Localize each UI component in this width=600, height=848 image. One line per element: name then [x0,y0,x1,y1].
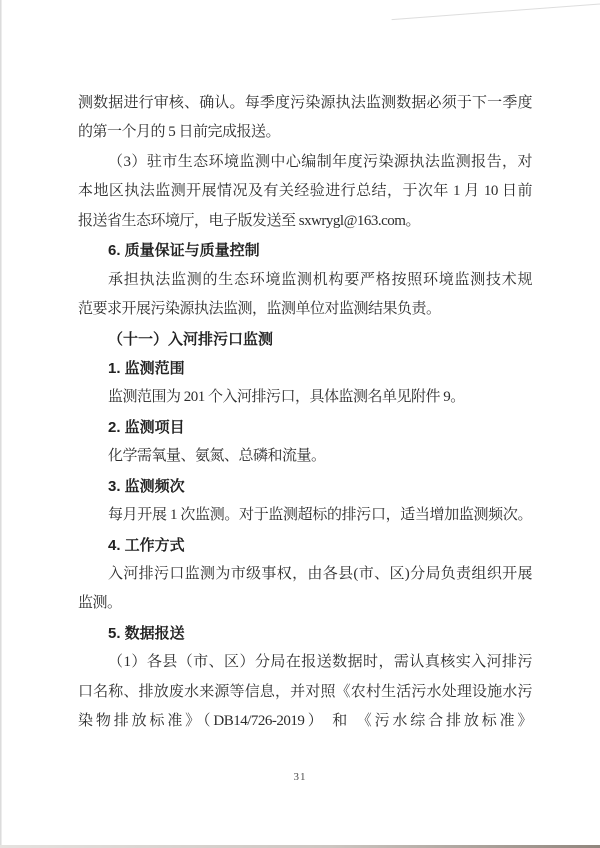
text-line: 染物排放标准》（DB14/726-2019） 和 《污水综合排放标准》 [78,707,532,736]
text-line: 报送省生态环境厅，电子版发送至 sxwrygl@163.com。 [78,207,532,236]
heading-line: 2. 监测项目 [78,413,532,442]
text-line: 每月开展 1 次监测。对于监测超标的排污口，适当增加监测频次。 [78,501,532,530]
text-line: 承担执法监测的生态环境监测机构要严格按照环境监测技术规 [78,266,532,295]
heading-line: 5. 数据报送 [78,619,532,648]
text-line: 的第一个月的 5 日前完成报送。 [78,118,532,147]
heading-line: 3. 监测频次 [78,472,532,501]
text-line: 监测。 [78,589,532,618]
scanned-document-page: 测数据进行审核、确认。每季度污染源执法监测数据必须于下一季度的第一个月的 5 日… [0,0,600,848]
text-line: 口名称、排放废水来源等信息，并对照《农村生活污水处理设施水污 [78,678,532,707]
text-line: 化学需氧量、氨氮、总磷和流量。 [78,442,532,471]
heading-line: （十一）入河排污口监测 [78,325,532,354]
text-line: 入河排污口监测为市级事权，由各县(市、区)分局负责组织开展 [78,560,532,589]
text-line: 本地区执法监测开展情况及有关经验进行总结，于次年 1 月 10 日前 [78,177,532,206]
text-line: 监测范围为 201 个入河排污口，具体监测名单见附件 9。 [78,383,532,412]
scan-edge-top-artifact [392,3,600,20]
text-line: 范要求开展污染源执法监测，监测单位对监测结果负责。 [78,295,532,324]
document-body: 测数据进行审核、确认。每季度污染源执法监测数据必须于下一季度的第一个月的 5 日… [78,89,532,737]
text-line: （1）各县（市、区）分局在报送数据时，需认真核实入河排污 [78,648,532,677]
text-line: （3）驻市生态环境监测中心编制年度污染源执法监测报告，对 [78,148,532,177]
page-number: 31 [0,771,600,783]
scan-edge-left-artifact [0,0,2,848]
heading-line: 6. 质量保证与质量控制 [78,236,532,265]
heading-line: 4. 工作方式 [78,531,532,560]
text-line: 测数据进行审核、确认。每季度污染源执法监测数据必须于下一季度 [78,89,532,118]
heading-line: 1. 监测范围 [78,354,532,383]
